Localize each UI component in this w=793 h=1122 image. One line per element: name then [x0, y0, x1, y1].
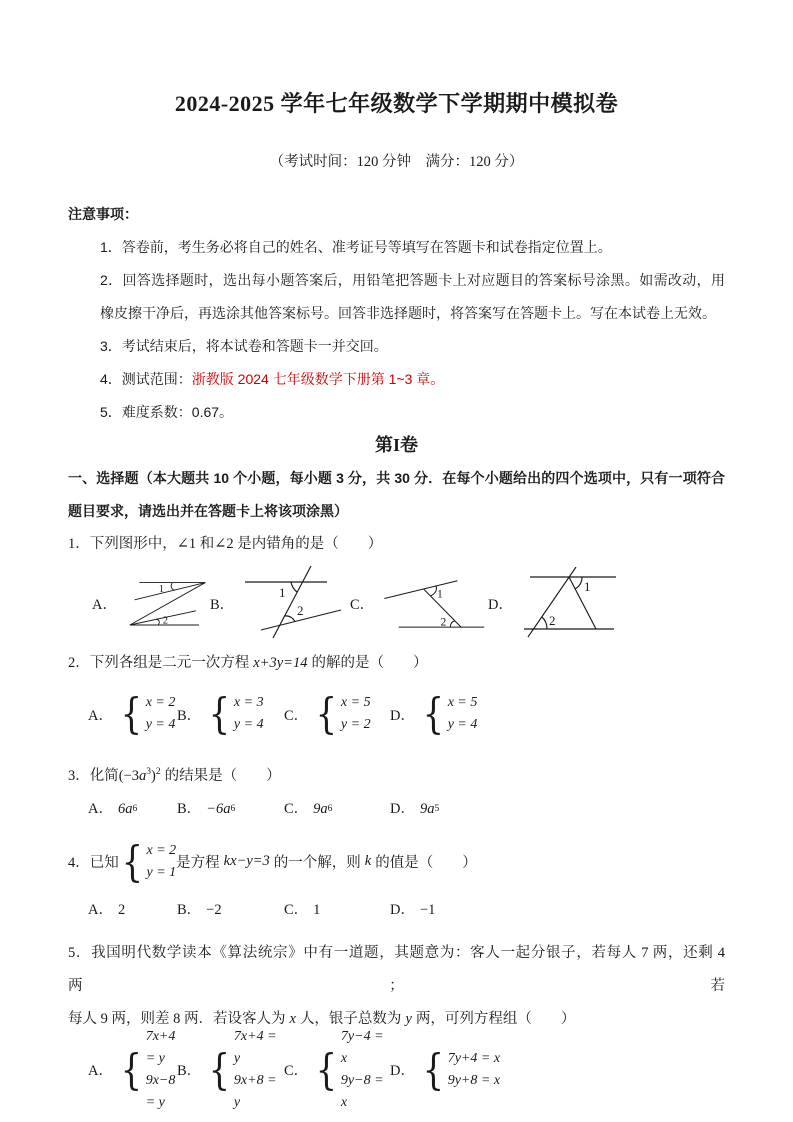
equation-system: {7y−4 = x9y−8 = x	[313, 1026, 390, 1114]
q3-option-a: A．6a6	[88, 793, 177, 826]
q1-option-b: B． 1 2	[210, 564, 350, 642]
q1-option-d-label: D．	[488, 593, 513, 614]
q4-option-c-label: C．	[284, 894, 308, 927]
q5-stem-text-end: 两，可列方程组（ ）	[416, 1011, 576, 1027]
q3-option-d-exp: 5	[434, 793, 439, 826]
q5-stem-line-1: 5．我国明代数学读本《算法统宗》中有一道题，其题意为：客人一起分银子，若每人 7…	[68, 937, 725, 1003]
angle-2-label: 2	[549, 613, 556, 628]
angle-1-label: 1	[437, 588, 443, 601]
q5-options: A． {7x+4 = y9x−8 = y B． {7x+4 = y9x+8 = …	[68, 1044, 725, 1096]
q2-option-a-label: A．	[88, 704, 113, 725]
q3-option-a-value: 6a	[118, 793, 133, 826]
exam-title: 2024-2025 学年七年级数学下学期期中模拟卷	[68, 90, 725, 118]
system-line-2: y = 4	[448, 714, 478, 736]
q4-option-a-value: 2	[118, 894, 125, 927]
system-line-1: x = 5	[448, 692, 478, 714]
q3-option-b-label: B．	[177, 793, 201, 826]
q2-option-b-label: B．	[177, 704, 201, 725]
system-line-2: y = 2	[341, 714, 371, 736]
note-item-1: 1．答卷前，考生务必将自己的姓名、准考证号等填写在答题卡和试卷指定位置上。	[100, 231, 725, 264]
note-item-5: 5．难度系数：0.67。	[100, 396, 725, 429]
note-item-4: 4．测试范围：浙教版 2024 七年级数学下册第 1~3 章。	[100, 363, 725, 396]
q4-option-a-label: A．	[88, 894, 113, 927]
q1-option-d: D． 1 2	[488, 567, 624, 639]
equation-system: {x = 5y = 4	[420, 692, 477, 736]
q4-option-c: C．1	[284, 894, 390, 927]
brace-glyph: {	[209, 1051, 230, 1089]
system-line-1: x = 2	[146, 692, 176, 714]
q5-option-d: D． {7y+4 = x9y+8 = x	[390, 1048, 725, 1092]
q3-option-c-label: C．	[284, 793, 308, 826]
section1-heading-line-2: 题目要求，请选出并在答题卡上将该项涂黑）	[68, 495, 725, 528]
brace-glyph: {	[121, 1051, 142, 1089]
q4-option-d-label: D．	[390, 894, 415, 927]
angle-1-label: 1	[279, 585, 286, 600]
note-item-4-test-scope: 浙教版 2024 七年级数学下册第 1~3 章。	[192, 371, 444, 387]
q1-stem: 1．下列图形中，∠1 和∠2 是内错角的是（ ）	[68, 528, 725, 561]
system-line-2: y = 4	[146, 714, 176, 736]
q2-option-c-label: C．	[284, 704, 308, 725]
angle-2-label: 2	[297, 603, 304, 618]
q4-option-d-value: −1	[420, 894, 435, 927]
equation-system: {7y+4 = x9y+8 = x	[420, 1048, 500, 1092]
q5-option-b-label: B．	[177, 1059, 201, 1080]
system-line-1: 7y+4 = x	[448, 1048, 500, 1070]
brace-glyph: {	[423, 695, 444, 733]
q1-option-a-label: A．	[92, 593, 117, 614]
system-line-1: x = 5	[341, 692, 371, 714]
q1-figures: A． 1 2 B． 1 2	[68, 563, 725, 643]
brace-glyph: {	[121, 695, 142, 733]
equation-system: {x = 3y = 4	[206, 692, 263, 736]
part1-heading: 第I卷	[68, 429, 725, 462]
q5-option-c: C． {7y−4 = x9y−8 = x	[284, 1026, 390, 1114]
q3-option-d-label: D．	[390, 793, 415, 826]
system-line-1: x = 3	[234, 692, 264, 714]
equation-system: {x = 2y = 1	[119, 840, 176, 884]
system-line-2: 9y+8 = x	[448, 1070, 500, 1092]
q4-option-b-label: B．	[177, 894, 201, 927]
angle-2-label: 2	[163, 615, 168, 626]
q1-option-c-label: C．	[350, 593, 374, 614]
q4-stem-equation: kx−y=3	[224, 853, 270, 870]
q2-options: A． {x = 2y = 4 B． {x = 3y = 4 C． {x = 5y…	[68, 688, 725, 740]
equation-system: {x = 5y = 2	[313, 692, 370, 736]
q1-option-a: A． 1 2	[92, 572, 210, 634]
equation-system: {7x+4 = y9x+8 = y	[206, 1026, 284, 1114]
q2-stem-text-end: 的解的是（ ）	[311, 655, 427, 671]
note-item-3: 3．考试结束后，将本试卷和答题卡一并交回。	[100, 330, 725, 363]
system-line-2: y = 1	[146, 862, 176, 884]
q3-option-b-value: −6a	[206, 793, 230, 826]
section1-heading-line-1: 一、选择题（本大题共 10 个小题，每小题 3 分，共 30 分．在每个小题给出…	[68, 462, 725, 495]
q3-stem: 3．化简(−3a3)2的结果是（ ）	[68, 756, 725, 793]
notes-section: 注意事项： 1．答卷前，考生务必将自己的姓名、准考证号等填写在答题卡和试卷指定位…	[68, 198, 725, 429]
q5-stem-text: 每人 9 两，则差 8 两．若设客人为	[68, 1011, 286, 1027]
q3-option-b: B．−6a6	[177, 793, 284, 826]
exam-page: 2024-2025 学年七年级数学下学期期中模拟卷 （考试时间：120 分钟 满…	[0, 0, 793, 1122]
q3-option-d: D．9a5	[390, 793, 725, 826]
exam-subtitle: （考试时间：120 分钟 满分：120 分）	[68, 152, 725, 172]
q4-stem-text-end: 的值是（ ）	[375, 851, 477, 872]
q2-stem-equation: x+3y=14	[253, 655, 307, 671]
q4-option-c-value: 1	[313, 894, 320, 927]
q2-stem: 2．下列各组是二元一次方程x+3y=14的解的是（ ）	[68, 647, 725, 680]
q4-option-b-value: −2	[206, 894, 221, 927]
note-item-4-label: 4．测试范围：	[100, 371, 192, 387]
q3-option-b-exp: 6	[230, 793, 235, 826]
notes-heading: 注意事项：	[68, 198, 725, 231]
q4-options: A．2 B．−2 C．1 D．−1	[68, 894, 725, 927]
angle-2-label: 2	[441, 615, 447, 628]
q5-option-d-label: D．	[390, 1059, 415, 1080]
q5-stem-mid: 人，银子总数为	[300, 1011, 402, 1027]
system-line-1: x = 2	[146, 840, 176, 862]
q5-option-c-label: C．	[284, 1059, 308, 1080]
q3-options: A．6a6 B．−6a6 C．9a6 D．9a5	[68, 793, 725, 826]
system-line-1: 7x+4 = y	[234, 1026, 284, 1070]
brace-glyph: {	[121, 843, 142, 881]
q4-option-d: D．−1	[390, 894, 725, 927]
q2-option-d-label: D．	[390, 704, 415, 725]
q2-stem-text: 2．下列各组是二元一次方程	[68, 655, 249, 671]
system-line-1: 7y−4 = x	[341, 1026, 390, 1070]
q5-option-a: A． {7x+4 = y9x−8 = y	[88, 1026, 177, 1114]
equation-system: {7x+4 = y9x−8 = y	[118, 1026, 177, 1114]
q2-option-a: A． {x = 2y = 4	[88, 692, 177, 736]
system-line-2: y = 4	[234, 714, 264, 736]
q5-variable-x: x	[290, 1011, 296, 1027]
brace-glyph: {	[316, 1051, 337, 1089]
q4-option-a: A．2	[88, 894, 177, 927]
angle-1-label: 1	[584, 579, 591, 594]
q4-variable-k: k	[365, 853, 371, 870]
q3-option-a-exp: 6	[132, 793, 137, 826]
q5-variable-y: y	[405, 1011, 411, 1027]
q2-option-b: B． {x = 3y = 4	[177, 692, 284, 736]
q4-stem-text: 4．已知	[68, 851, 119, 872]
q5-option-a-label: A．	[88, 1059, 113, 1080]
q4-option-b: B．−2	[177, 894, 284, 927]
equation-system: {x = 2y = 4	[118, 692, 175, 736]
q5-option-b: B． {7x+4 = y9x+8 = y	[177, 1026, 284, 1114]
q3-stem-text-end: 的结果是（ ）	[165, 768, 281, 784]
angle-1-label: 1	[159, 584, 164, 595]
brace-glyph: {	[316, 695, 337, 733]
q4-stem-mid-2: 的一个解，则	[274, 851, 361, 872]
q1-option-c-figure: 1 2	[379, 572, 488, 634]
note-item-2-line-1: 2．回答选择题时，选出每小题答案后，用铅笔把答题卡上对应题目的答案标号涂黑。如需…	[100, 264, 725, 297]
q2-option-c: C． {x = 5y = 2	[284, 692, 390, 736]
q1-option-b-label: B．	[210, 593, 234, 614]
system-line-1: 7x+4 = y	[146, 1026, 177, 1070]
system-line-2: 9y−8 = x	[341, 1070, 390, 1114]
system-line-2: 9x−8 = y	[146, 1070, 177, 1114]
note-item-2-line-2: 橡皮擦干净后，再选涂其他答案标号。回答非选择题时，将答案写在答题卡上。写在本试卷…	[100, 297, 725, 330]
q1-option-a-figure: 1 2	[122, 572, 210, 634]
q3-option-c-exp: 6	[328, 793, 333, 826]
brace-glyph: {	[423, 1051, 444, 1089]
system-line-2: 9x+8 = y	[234, 1070, 284, 1114]
q4-stem: 4．已知 {x = 2y = 1 是方程 kx−y=3 的一个解，则 k 的值是…	[68, 836, 725, 888]
q2-option-d: D． {x = 5y = 4	[390, 692, 725, 736]
q3-option-a-label: A．	[88, 793, 113, 826]
q3-exponent-outer: 2	[156, 767, 161, 777]
q1-option-d-figure: 1 2	[518, 567, 624, 639]
q3-option-c-value: 9a	[313, 793, 328, 826]
q3-stem-text: 3．化简(−3	[68, 768, 139, 784]
brace-glyph: {	[209, 695, 230, 733]
q1-option-c: C． 1 2	[350, 572, 488, 634]
q1-option-b-figure: 1 2	[239, 564, 349, 642]
q3-option-d-value: 9a	[420, 793, 435, 826]
q3-option-c: C．9a6	[284, 793, 390, 826]
q4-stem-mid: 是方程	[176, 851, 220, 872]
